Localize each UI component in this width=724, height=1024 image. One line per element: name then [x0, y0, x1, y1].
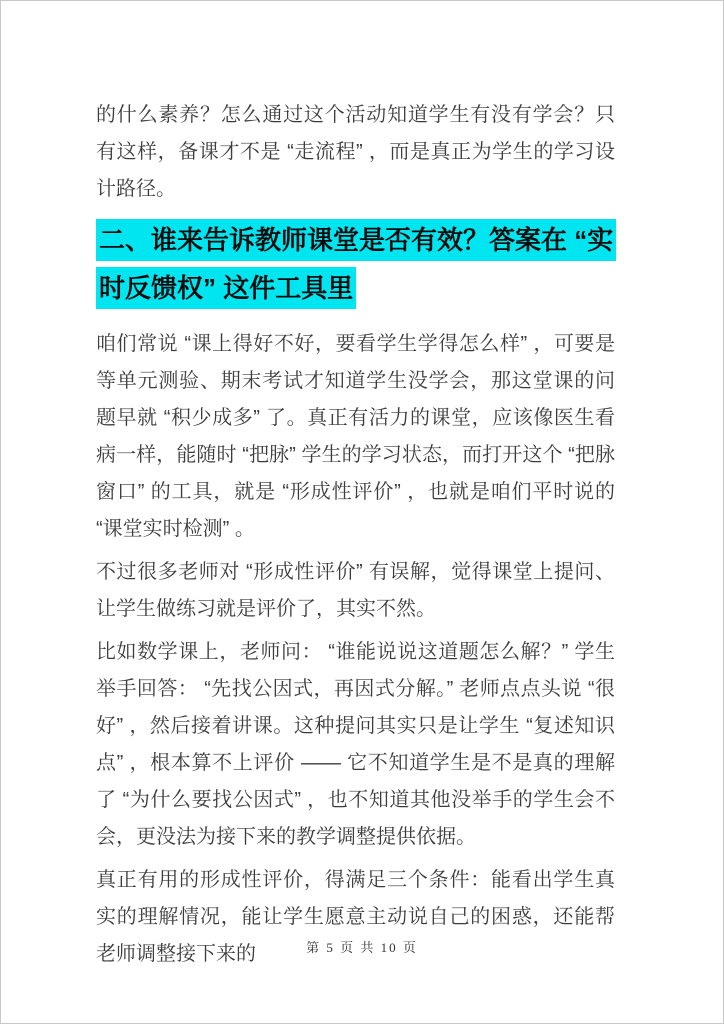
page-number-indicator: 第 5 页 共 10 页 — [306, 940, 418, 955]
paragraph-continuation: 的什么素养？怎么通过这个活动知道学生有没有学会？只有这样，备课才不是 “走流程”… — [96, 97, 615, 208]
section-heading-highlighted-text: 二、谁来告诉教师课堂是否有效？答案在 “实时反馈权” 这件工具里 — [96, 219, 616, 309]
document-page: 的什么素养？怎么通过这个活动知道学生有没有学会？只有这样，备课才不是 “走流程”… — [0, 0, 724, 1024]
paragraph-body: 咱们常说 “课上得好不好，要看学生学得怎么样” ，可要是等单元测验、期末考试才知… — [96, 326, 615, 548]
page-content: 的什么素养？怎么通过这个活动知道学生有没有学会？只有这样，备课才不是 “走流程”… — [1, 1, 723, 973]
paragraph-body: 不过很多老师对 “形成性评价” 有误解，觉得课堂上提问、让学生做练习就是评价了，… — [96, 554, 615, 628]
section-heading: 二、谁来告诉教师课堂是否有效？答案在 “实时反馈权” 这件工具里 — [96, 216, 615, 312]
paragraph-body: 比如数学课上，老师问： “谁能说说这道题怎么解？” 学生举手回答： “先找公因式… — [96, 634, 615, 856]
page-footer: 第 5 页 共 10 页 — [1, 937, 723, 956]
paragraph-body: 真正有用的形成性评价，得满足三个条件：能看出学生真实的理解情况，能让学生愿意主动… — [96, 862, 615, 973]
